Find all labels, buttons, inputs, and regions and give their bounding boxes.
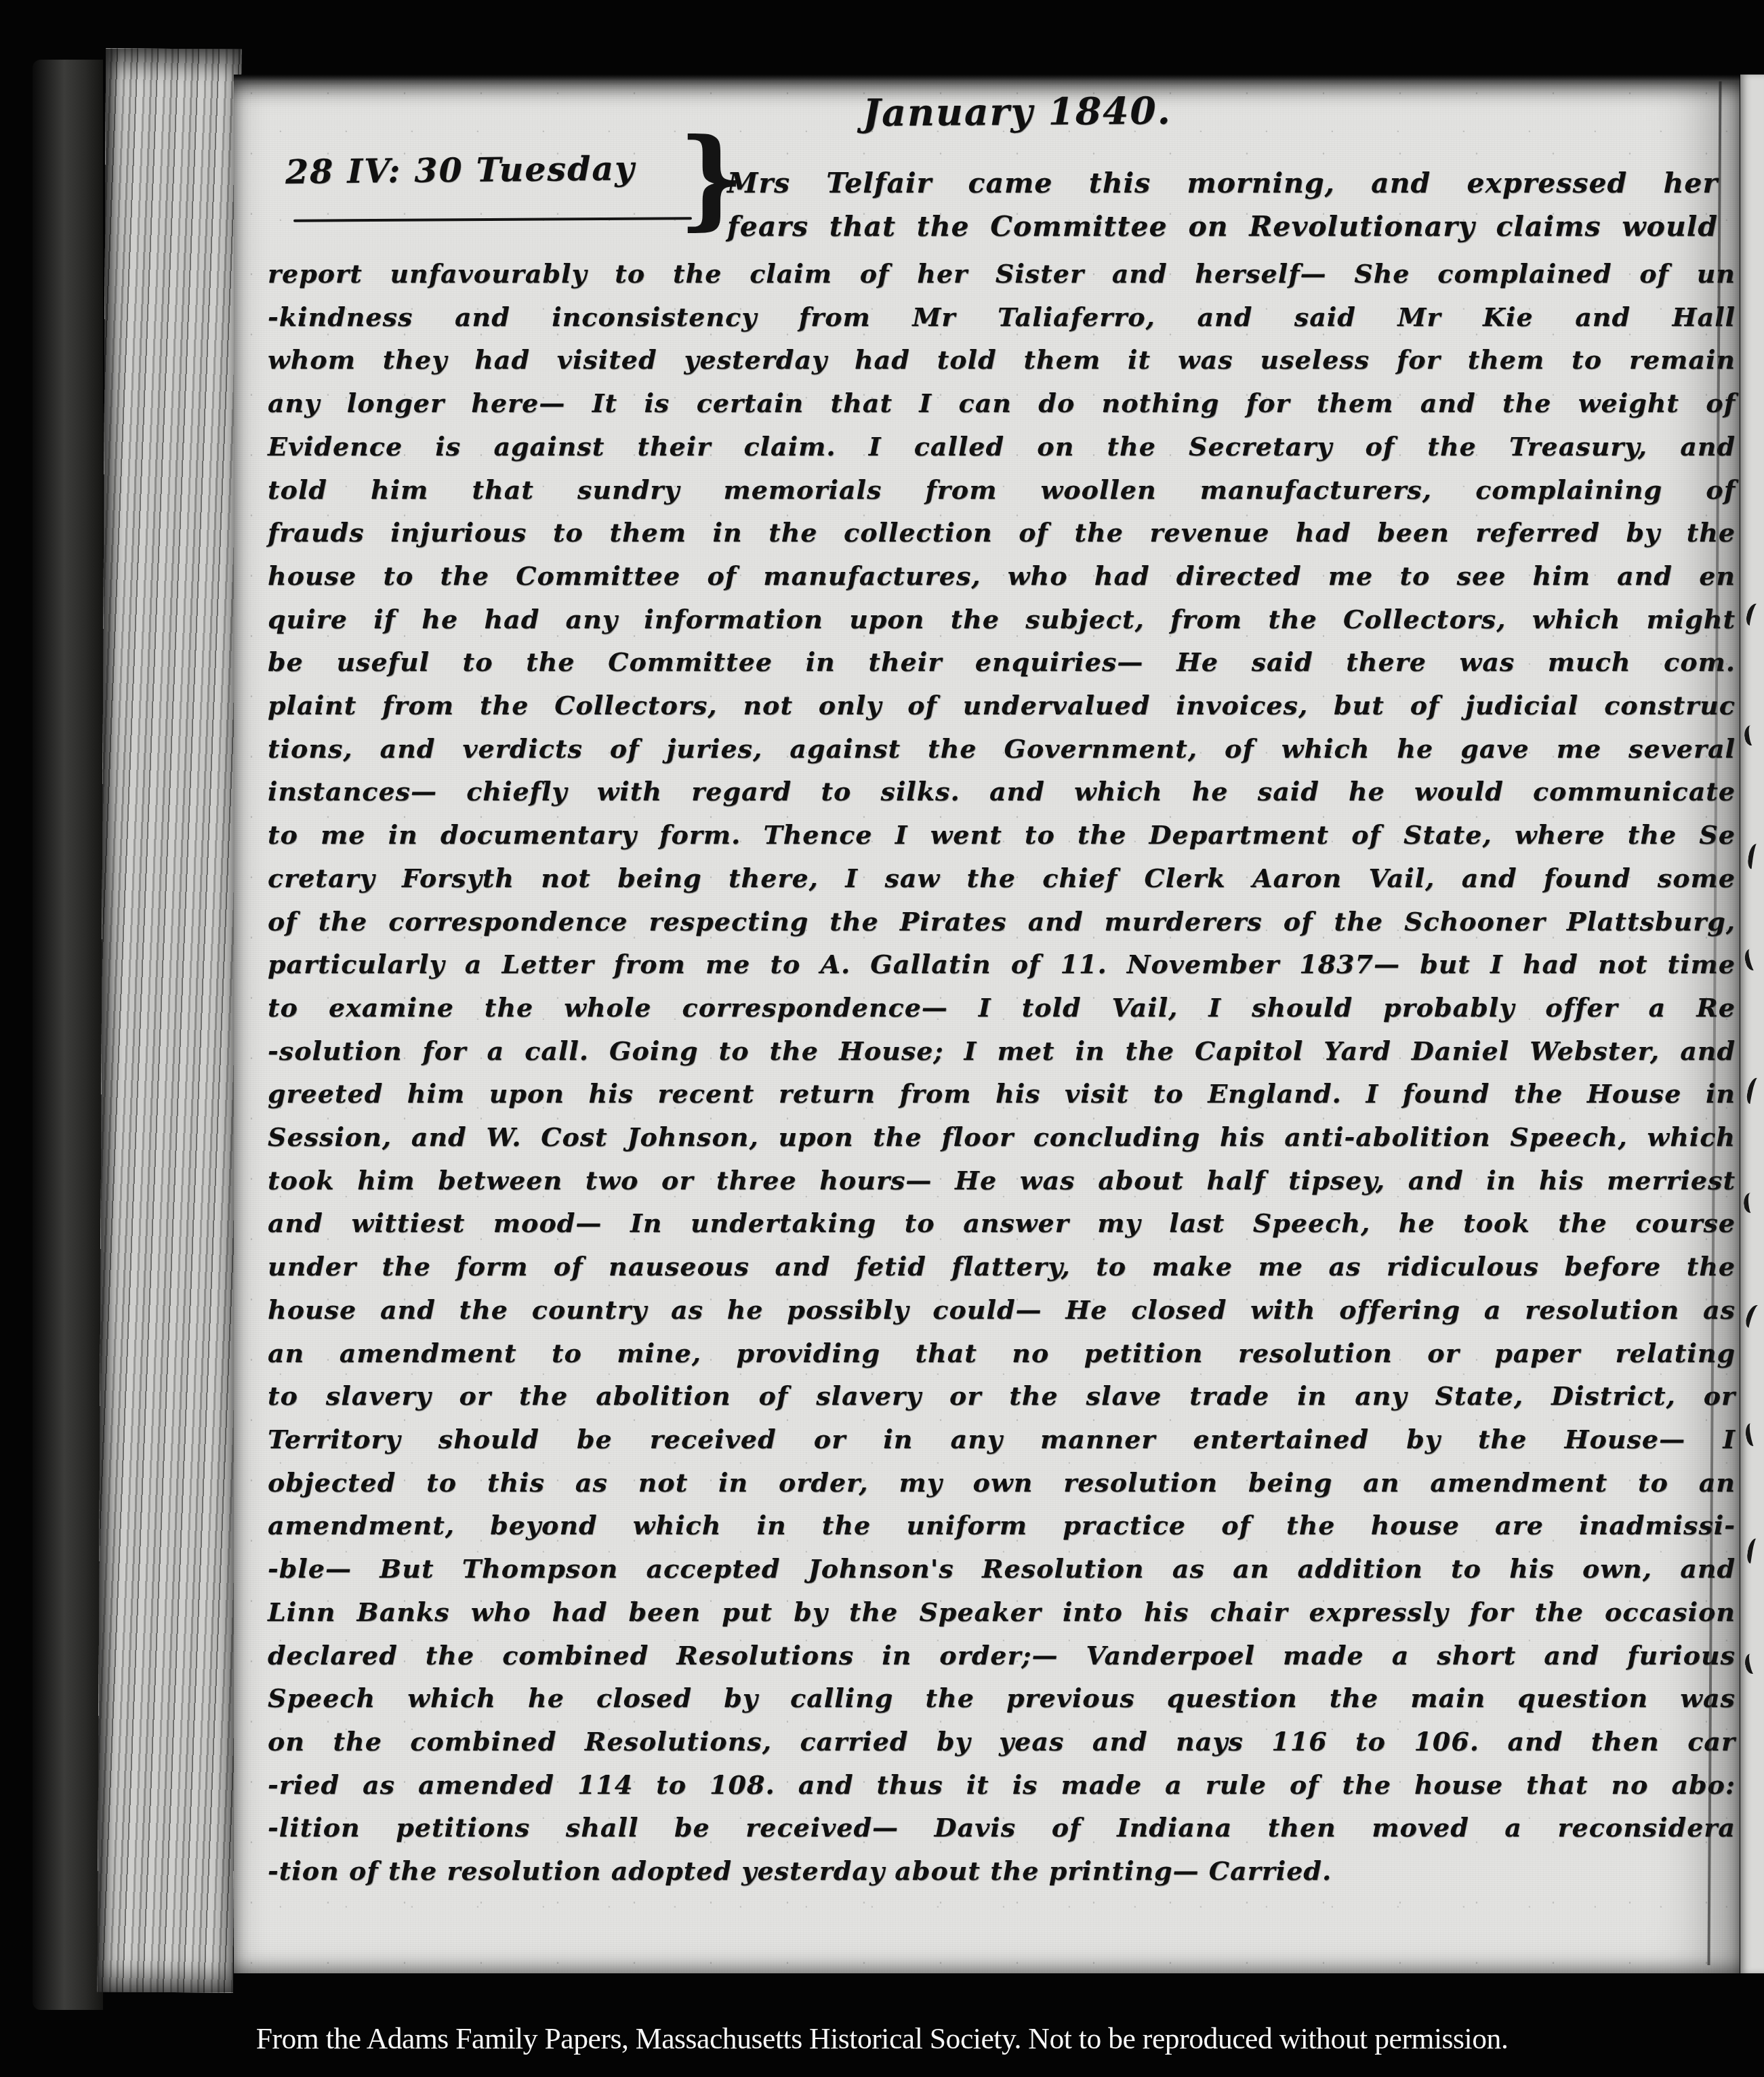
date-underline [293,217,692,222]
manuscript-line: frauds injurious to them in the collecti… [268,511,1736,554]
manuscript-line: tions, and verdicts of juries, against t… [268,727,1736,770]
manuscript-line: took him between two or three hours— He … [268,1159,1736,1202]
manuscript-line: declared the combined Resolutions in ord… [268,1634,1736,1677]
manuscript-line: to examine the whole correspondence— I t… [268,986,1736,1029]
book-spine-edge [33,60,103,2010]
ink-fragment [1743,724,1761,746]
manuscript-line: particularly a Letter from me to A. Gall… [268,943,1736,986]
copyright-caption: From the Adams Family Papers, Massachuse… [26,2021,1738,2056]
diary-body: report unfavourably to the claim of her … [268,252,1736,1893]
manuscript-line: objected to this as not in order, my own… [268,1461,1736,1504]
manuscript-line: Evidence is against their claim. I calle… [268,425,1736,468]
manuscript-line: cretary Forsyth not being there, I saw t… [268,857,1736,900]
manuscript-line: to me in documentary form. Thence I went… [268,813,1736,857]
ink-fragment [1745,1077,1763,1106]
ink-fragment [1742,1192,1759,1214]
manuscript-line: -tion of the resolution adopted yesterda… [268,1849,1736,1893]
ink-fragment [1744,602,1763,628]
manuscript-line: to slavery or the abolition of slavery o… [268,1374,1736,1418]
header-date: January 1840. [264,84,1764,139]
manuscript-scan: January 1840. 28 IV: 30 Tuesday } Mrs Te… [0,0,1764,2077]
manuscript-line: an amendment to mine, providing that no … [268,1332,1736,1375]
manuscript-line: house and the country as he possibly cou… [268,1288,1736,1332]
manuscript-line: plaint from the Collectors, not only of … [268,684,1736,727]
manuscript-line: instances— chiefly with regard to silks.… [268,770,1736,813]
manuscript-line: Territory should be received or in any m… [268,1418,1736,1461]
ink-fragment [1742,947,1761,972]
adjacent-page-sliver [1740,75,1764,1973]
ink-fragment [1744,1303,1763,1330]
manuscript-line: whom they had visited yesterday had told… [268,338,1736,382]
manuscript-line: -kindness and inconsistency from Mr Tali… [268,295,1736,339]
manuscript-line: Session, and W. Cost Johnson, upon the f… [268,1115,1736,1159]
manuscript-line: -ble— But Thompson accepted Johnson's Re… [268,1547,1736,1590]
manuscript-line: greeted him upon his recent return from … [268,1072,1736,1115]
ink-fragment [1744,1422,1761,1447]
manuscript-line: amendment, beyond which in the uniform p… [268,1504,1736,1547]
manuscript-line: report unfavourably to the claim of her … [268,252,1736,295]
manuscript-line: any longer here— It is certain that I ca… [268,382,1736,425]
manuscript-line: of the correspondence respecting the Pir… [268,900,1736,943]
manuscript-line: quire if he had any information upon the… [268,598,1736,641]
page-edge-stack [98,49,242,1993]
manuscript-line: -solution for a call. Going to the House… [268,1029,1736,1073]
entry-date-heading: 28 IV: 30 Tuesday [285,148,636,191]
manuscript-line: fears that the Committee on Revolutionar… [727,205,1718,248]
ink-fragment [1746,1538,1761,1565]
manuscript-line: -ried as amended 114 to 108. and thus it… [268,1763,1736,1807]
ink-fragment [1746,843,1761,870]
manuscript-page: January 1840. 28 IV: 30 Tuesday } Mrs Te… [234,75,1740,1973]
manuscript-line: and wittiest mood— In undertaking to ans… [268,1201,1736,1245]
manuscript-line: Linn Banks who had been put by the Speak… [268,1590,1736,1634]
manuscript-line: be useful to the Committee in their enqu… [268,640,1736,684]
manuscript-line: -lition petitions shall be received— Dav… [268,1806,1736,1849]
manuscript-line: on the combined Resolutions, carried by … [268,1720,1736,1763]
manuscript-line: told him that sundry memorials from wool… [268,468,1736,512]
manuscript-line: Mrs Telfair came this morning, and expre… [727,161,1718,205]
manuscript-line: house to the Committee of manufactures, … [268,554,1736,598]
diary-opening-lines: Mrs Telfair came this morning, and expre… [727,161,1718,248]
manuscript-line: Speech which he closed by calling the pr… [268,1677,1736,1720]
ink-fragment [1743,1652,1761,1675]
manuscript-line: under the form of nauseous and fetid fla… [268,1245,1736,1288]
